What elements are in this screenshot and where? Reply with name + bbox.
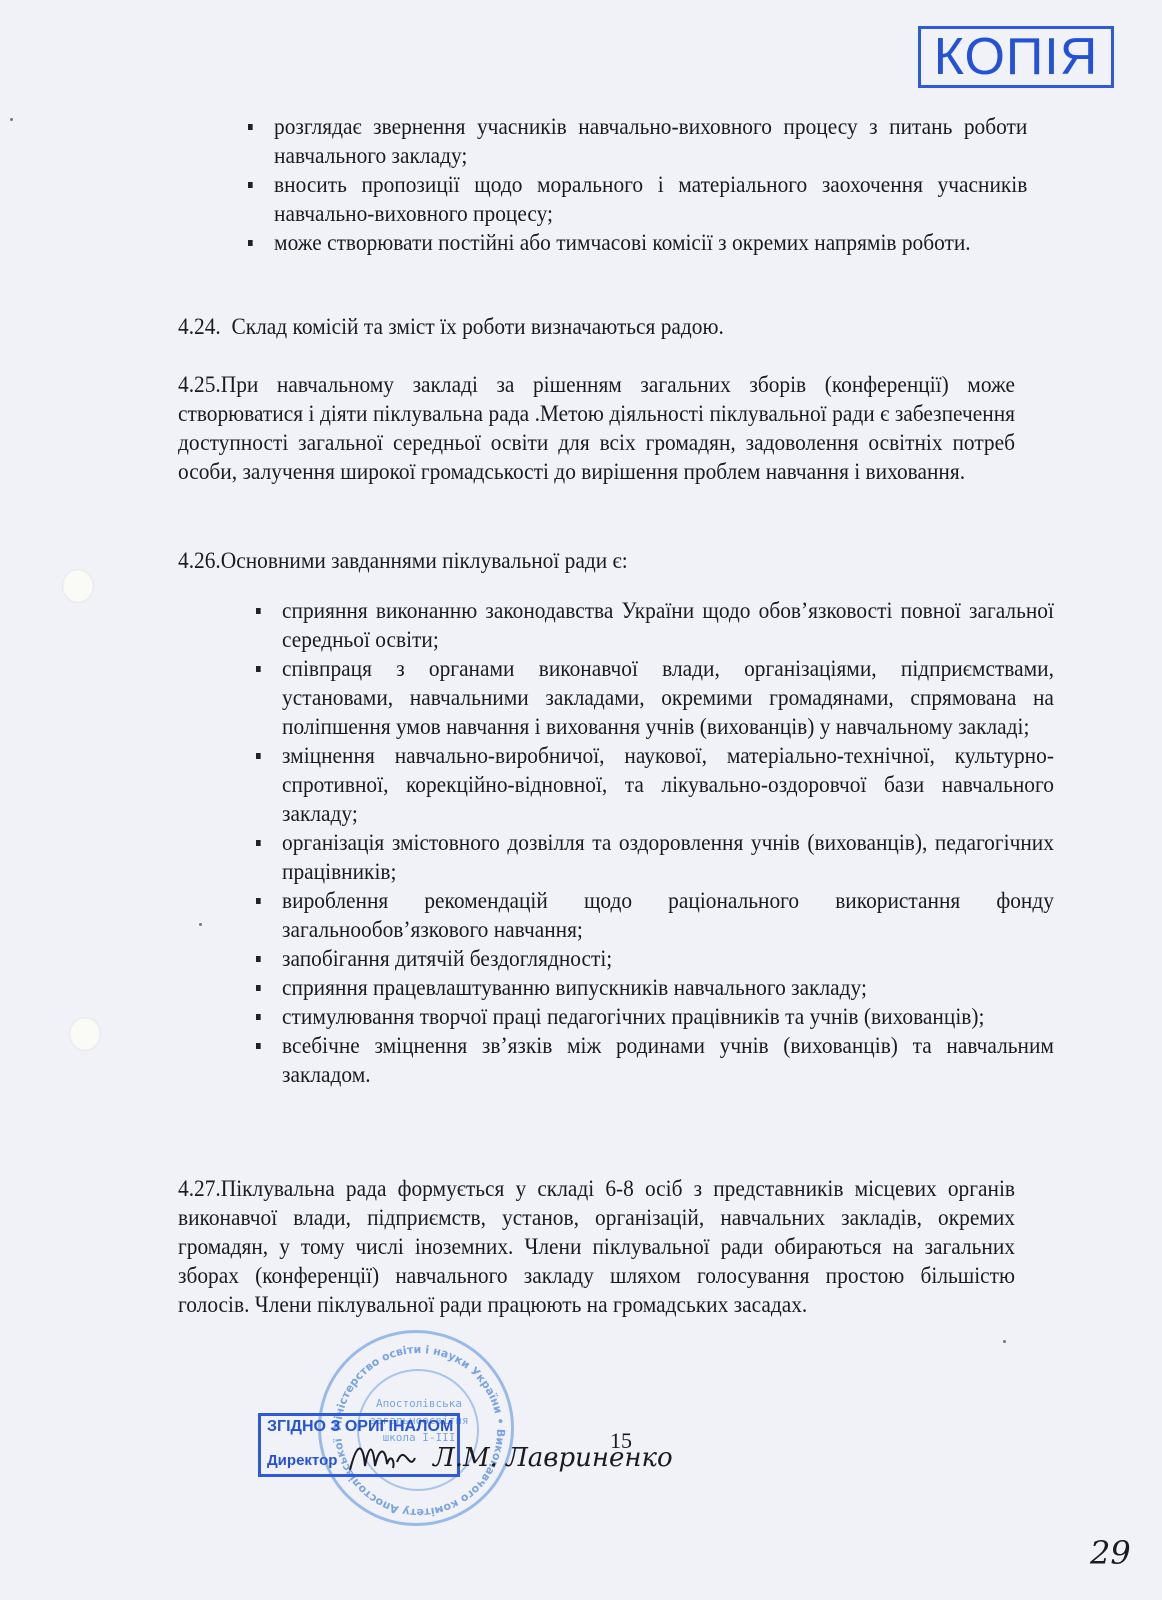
paragraph-4-24: 4.24. Склад комісій та зміст їх роботи в…	[178, 312, 1015, 341]
punch-hole-bottom	[69, 1017, 101, 1051]
list-item: вироблення рекомендацій щодо раціонально…	[256, 886, 1054, 944]
scanned-document-page: КОПІЯ розглядає звернення учасників навч…	[0, 0, 1162, 1600]
scan-speck	[199, 923, 202, 926]
list-item: вносить пропозиції щодо морального і мат…	[248, 170, 1027, 228]
clause-text: Склад комісій та зміст їх роботи визнача…	[231, 314, 723, 339]
list-item: всебічне зміцнення зв’язків між родинами…	[256, 1031, 1054, 1089]
clause-text: При навчальному закладі за рішенням зага…	[178, 372, 1015, 484]
paragraph-4-27: 4.27.Піклувальна рада формується у склад…	[178, 1174, 1015, 1319]
paragraph-4-26: 4.26.Основними завданнями піклувальної р…	[178, 546, 1015, 575]
seal-line: Апостолівська	[361, 1395, 477, 1412]
punch-hole-top	[62, 569, 94, 603]
bullet-list-trustee-tasks: сприяння виконанню законодавства України…	[256, 596, 1054, 1089]
scan-speck	[10, 118, 13, 121]
list-item: може створювати постійні або тимчасові к…	[248, 228, 1027, 257]
list-item: стимулювання творчої праці педагогічних …	[256, 1002, 1054, 1031]
list-item: розглядає звернення учасників навчально-…	[248, 112, 1027, 170]
copy-stamp: КОПІЯ	[918, 26, 1114, 88]
clause-text: Піклувальна рада формується у складі 6-8…	[178, 1176, 1015, 1317]
list-item: співпраця з органами виконавчої влади, о…	[256, 654, 1054, 741]
page-number: 15	[610, 1428, 632, 1454]
bullet-list-council-powers: розглядає звернення учасників навчально-…	[248, 112, 1027, 257]
signature-name: Л.М. Лавриненко	[431, 1443, 673, 1473]
scan-speck	[1003, 1340, 1006, 1343]
clause-text: Основними завданнями піклувальної ради є…	[221, 548, 628, 573]
list-item: сприяння виконанню законодавства України…	[256, 596, 1054, 654]
clause-number: 4.24.	[178, 314, 221, 339]
list-item: сприяння працевлаштуванню випускників на…	[256, 973, 1054, 1002]
paragraph-4-25: 4.25.При навчальному закладі за рішенням…	[178, 370, 1015, 486]
list-item: організація змістовного дозвілля та оздо…	[256, 828, 1054, 886]
stamp-line-director: Директор	[267, 1452, 337, 1469]
clause-number: 4.27.	[178, 1176, 221, 1201]
clause-number: 4.25.	[178, 372, 221, 397]
handwritten-sheet-number: 29	[1088, 1530, 1144, 1574]
clause-number: 4.26.	[178, 548, 221, 573]
list-item: зміцнення навчально-виробничої, наукової…	[256, 741, 1054, 828]
sheet-number-text: 29	[1089, 1534, 1131, 1572]
list-item: запобігання дитячій бездоглядності;	[256, 944, 1054, 973]
